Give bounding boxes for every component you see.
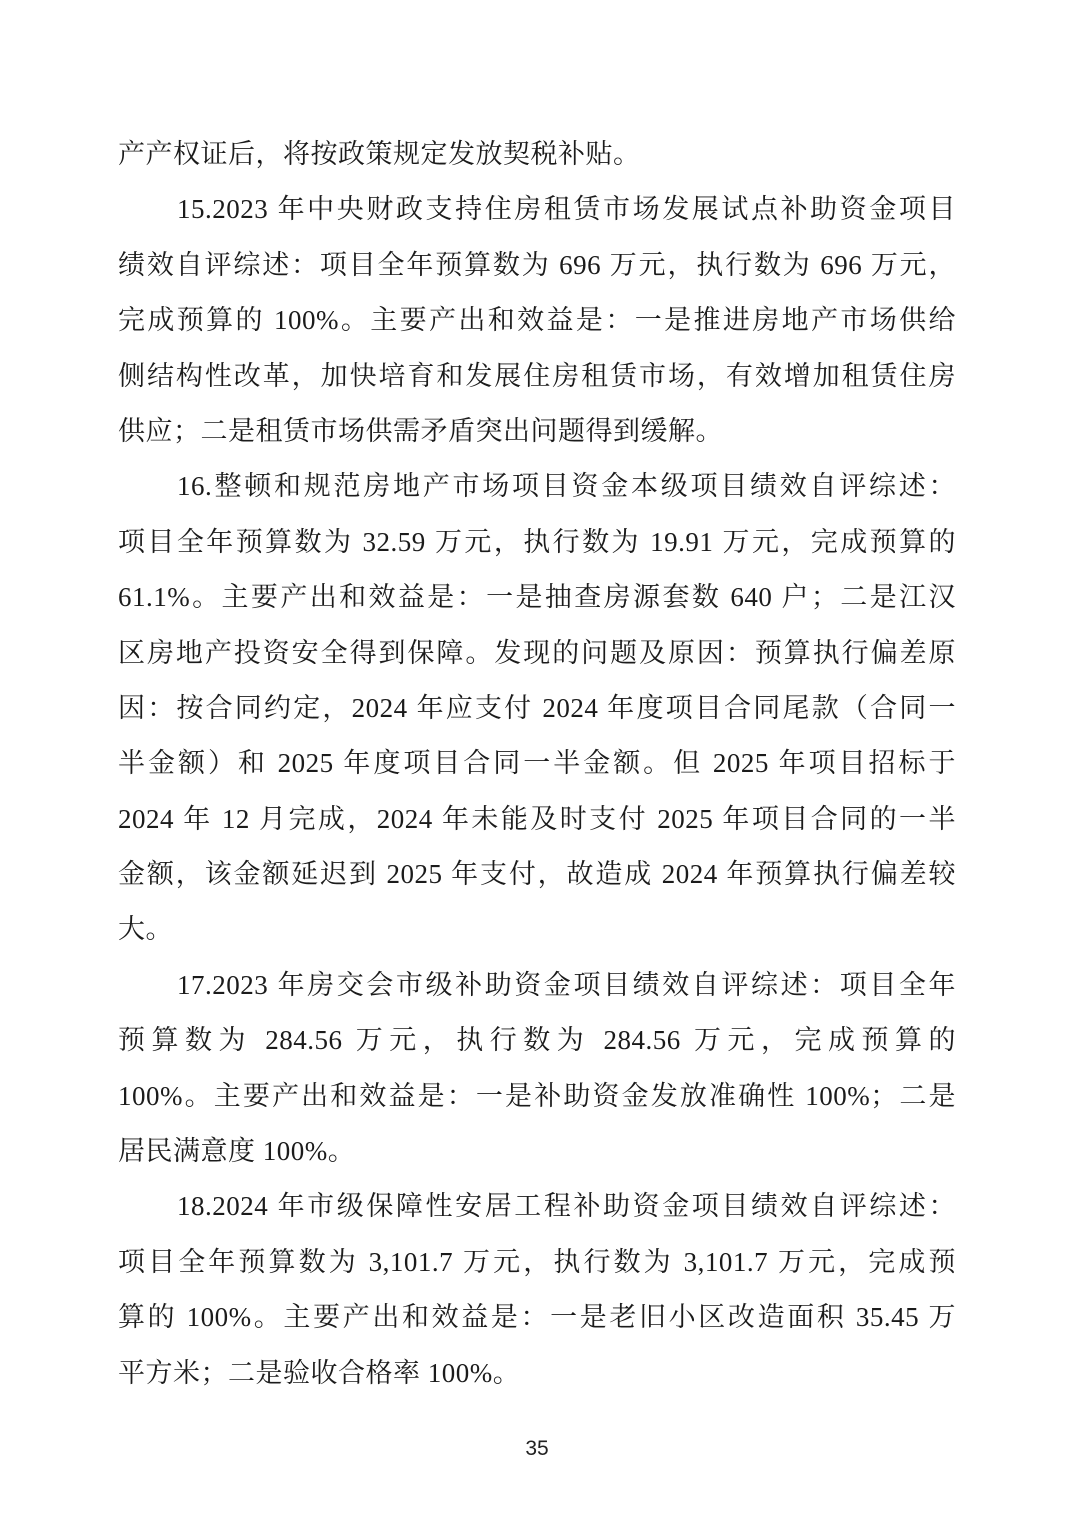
document-body: 产产权证后，将按政策规定发放契税补贴。15.2023 年中央财政支持住房租赁市场…	[118, 127, 956, 1401]
text-line: 区房地产投资安全得到保障。发现的问题及原因：预算执行偏差原	[118, 626, 956, 681]
text-line: 16.整顿和规范房地产市场项目资金本级项目绩效自评综述：	[118, 459, 956, 514]
text-line: 100%。主要产出和效益是：一是补助资金发放准确性 100%；二是	[118, 1069, 956, 1124]
text-line: 项目全年预算数为 3,101.7 万元，执行数为 3,101.7 万元，完成预	[118, 1235, 956, 1290]
text-line: 61.1%。主要产出和效益是：一是抽查房源套数 640 户；二是江汉	[118, 570, 956, 625]
text-line: 供应；二是租赁市场供需矛盾突出问题得到缓解。	[118, 404, 956, 459]
text-line: 18.2024 年市级保障性安居工程补助资金项目绩效自评综述：	[118, 1179, 956, 1234]
text-line: 完成预算的 100%。主要产出和效益是：一是推进房地产市场供给	[118, 293, 956, 348]
text-line: 产产权证后，将按政策规定发放契税补贴。	[118, 127, 956, 182]
text-line: 因：按合同约定，2024 年应支付 2024 年度项目合同尾款（合同一	[118, 681, 956, 736]
text-line: 绩效自评综述：项目全年预算数为 696 万元，执行数为 696 万元，	[118, 238, 956, 293]
text-line: 2024 年 12 月完成，2024 年未能及时支付 2025 年项目合同的一半	[118, 792, 956, 847]
text-line: 平方米；二是验收合格率 100%。	[118, 1346, 956, 1401]
text-line: 金额，该金额延迟到 2025 年支付，故造成 2024 年预算执行偏差较	[118, 847, 956, 902]
page-number: 35	[525, 1437, 548, 1460]
text-line: 预算数为 284.56 万元，执行数为 284.56 万元，完成预算的	[118, 1013, 956, 1068]
text-line: 算的 100%。主要产出和效益是：一是老旧小区改造面积 35.45 万	[118, 1290, 956, 1345]
document-page: 产产权证后，将按政策规定发放契税补贴。15.2023 年中央财政支持住房租赁市场…	[0, 0, 1074, 1520]
text-line: 项目全年预算数为 32.59 万元，执行数为 19.91 万元，完成预算的	[118, 515, 956, 570]
text-line: 17.2023 年房交会市级补助资金项目绩效自评综述：项目全年	[118, 958, 956, 1013]
page-footer: 35	[0, 1437, 1074, 1461]
text-line: 大。	[118, 902, 956, 957]
text-line: 半金额）和 2025 年度项目合同一半金额。但 2025 年项目招标于	[118, 736, 956, 791]
text-line: 居民满意度 100%。	[118, 1124, 956, 1179]
text-line: 侧结构性改革，加快培育和发展住房租赁市场，有效增加租赁住房	[118, 349, 956, 404]
text-line: 15.2023 年中央财政支持住房租赁市场发展试点补助资金项目	[118, 182, 956, 237]
